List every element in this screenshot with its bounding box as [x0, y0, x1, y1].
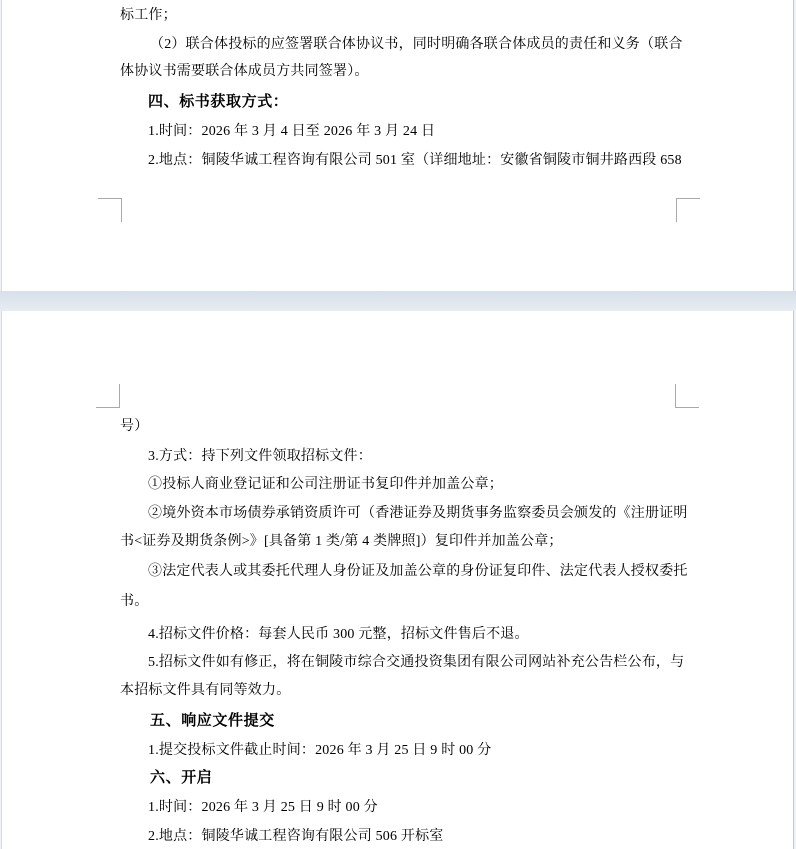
page1-bottom-left-mark [98, 198, 122, 222]
text-line: 4.招标文件价格：每套人民币 300 元整，招标文件售后不退。 [148, 627, 529, 643]
section-heading: 四、标书获取方式： [148, 94, 288, 110]
document-view: 标工作；（2）联合体投标的应签署联合体协议书，同时明确各联合体成员的责任和义务（… [0, 0, 796, 849]
text-line: 2.地点：铜陵华诚工程咨询有限公司 506 开标室 [148, 829, 444, 845]
text-line: 1.提交投标文件截止时间：2026 年 3 月 25 日 9 时 00 分 [148, 743, 491, 759]
page-break-gap [0, 291, 796, 311]
text-line: 书。 [120, 594, 148, 610]
text-line: 1.时间：2026 年 3 月 25 日 9 时 00 分 [148, 800, 378, 816]
page2-top-right-mark [675, 384, 699, 408]
text-line: ①投标人商业登记证和公司注册证书复印件并加盖公章； [148, 477, 503, 493]
text-line: （2）联合体投标的应签署联合体协议书，同时明确各联合体成员的责任和义务（联合 [150, 37, 683, 53]
text-line: 1.时间：2026 年 3 月 4 日至 2026 年 3 月 24 日 [148, 124, 435, 140]
section-heading: 六、开启 [150, 770, 212, 786]
text-line: 3.方式：持下列文件领取招标文件： [148, 449, 372, 465]
text-line: 标工作； [120, 8, 177, 24]
text-line: 本招标文件具有同等效力。 [120, 683, 290, 699]
page1-bottom-right-mark [676, 198, 700, 222]
window-right-edge [793, 0, 794, 849]
section-heading: 五、响应文件提交 [150, 713, 275, 729]
text-line: ②境外资本市场债券承销资质许可（香港证券及期货事务监察委员会颁发的《注册证明 [148, 506, 688, 522]
text-line: 号） [120, 419, 148, 435]
text-line: ③法定代表人或其委托代理人身份证及加盖公章的身份证复印件、法定代表人授权委托 [148, 564, 688, 580]
text-line: 体协议书需要联合体成员方共同签署）。 [120, 64, 369, 80]
text-line: 5.招标文件如有修正，将在铜陵市综合交通投资集团有限公司网站补充公告栏公布，与 [148, 655, 684, 671]
text-line: 书<证券及期货条例>》[具备第 1 类/第 4 类牌照]）复印件并加盖公章； [120, 534, 563, 550]
text-line: 2.地点：铜陵华诚工程咨询有限公司 501 室（详细地址：安徽省铜陵市铜井路西段… [148, 153, 682, 169]
page2-top-left-mark [96, 384, 120, 408]
